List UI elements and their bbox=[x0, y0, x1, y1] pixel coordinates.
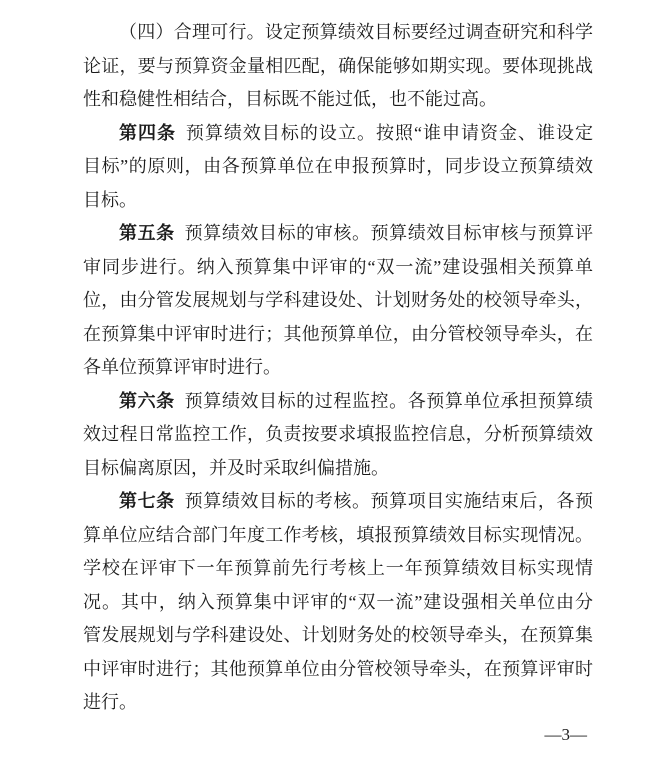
article-number: 第四条 bbox=[119, 123, 176, 143]
article-number: 第五条 bbox=[119, 223, 175, 243]
line-text: 预算绩效目标的审核。预算绩效目标审核与预算评 bbox=[185, 223, 593, 243]
line-text: 预算绩效目标的过程监控。各预算单位承担预算绩 bbox=[185, 391, 593, 411]
text-line-article-6: 第六条预算绩效目标的过程监控。各预算单位承担预算绩 bbox=[83, 385, 593, 419]
line-text: 预算绩效目标的考核。预算项目实施结束后，各预 bbox=[185, 491, 593, 511]
text-line: 算单位应结合部门年度工作考核，填报预算绩效目标实现情况。 bbox=[83, 519, 593, 553]
text-line: 目标。 bbox=[83, 184, 593, 218]
text-line: （四）合理可行。设定预算绩效目标要经过调查研究和科学 bbox=[83, 16, 593, 50]
text-line: 审同步进行。纳入预算集中评审的“双一流”建设强相关预算单 bbox=[83, 251, 593, 285]
text-line: 管发展规划与学科建设处、计划财务处的校领导牵头，在预算集 bbox=[83, 619, 593, 653]
text-line-article-7: 第七条预算绩效目标的考核。预算项目实施结束后，各预 bbox=[83, 485, 593, 519]
text-line: 论证，要与预算资金量相匹配，确保能够如期实现。要体现挑战 bbox=[83, 50, 593, 84]
text-line: 在预算集中评审时进行；其他预算单位，由分管校领导牵头，在 bbox=[83, 318, 593, 352]
text-line: 各单位预算评审时进行。 bbox=[83, 351, 593, 385]
text-line: 中评审时进行；其他预算单位由分管校领导牵头，在预算评审时 bbox=[83, 653, 593, 687]
line-text: 预算绩效目标的设立。按照“谁申请资金、谁设定 bbox=[186, 123, 593, 143]
text-line-article-4: 第四条预算绩效目标的设立。按照“谁申请资金、谁设定 bbox=[83, 117, 593, 151]
article-number: 第六条 bbox=[119, 391, 175, 411]
article-number: 第七条 bbox=[119, 491, 175, 511]
document-text-block: （四）合理可行。设定预算绩效目标要经过调查研究和科学 论证，要与预算资金量相匹配… bbox=[83, 16, 593, 720]
text-line: 学校在评审下一年预算前先行考核上一年预算绩效目标实现情 bbox=[83, 552, 593, 586]
text-line: 目标偏离原因，并及时采取纠偏措施。 bbox=[83, 452, 593, 486]
text-line-article-5: 第五条预算绩效目标的审核。预算绩效目标审核与预算评 bbox=[83, 217, 593, 251]
text-line: 效过程日常监控工作，负责按要求填报监控信息，分析预算绩效 bbox=[83, 418, 593, 452]
document-page: （四）合理可行。设定预算绩效目标要经过调查研究和科学 论证，要与预算资金量相匹配… bbox=[0, 0, 671, 764]
text-line: 目标”的原则，由各预算单位在申报预算时，同步设立预算绩效 bbox=[83, 150, 593, 184]
text-line: 况。其中，纳入预算集中评审的“双一流”建设强相关单位由分 bbox=[83, 586, 593, 620]
text-line: 位，由分管发展规划与学科建设处、计划财务处的校领导牵头， bbox=[83, 284, 593, 318]
page-number: —3— bbox=[545, 724, 588, 746]
text-line: 性和稳健性相结合，目标既不能过低，也不能过高。 bbox=[83, 83, 593, 117]
text-line: 进行。 bbox=[83, 686, 593, 720]
